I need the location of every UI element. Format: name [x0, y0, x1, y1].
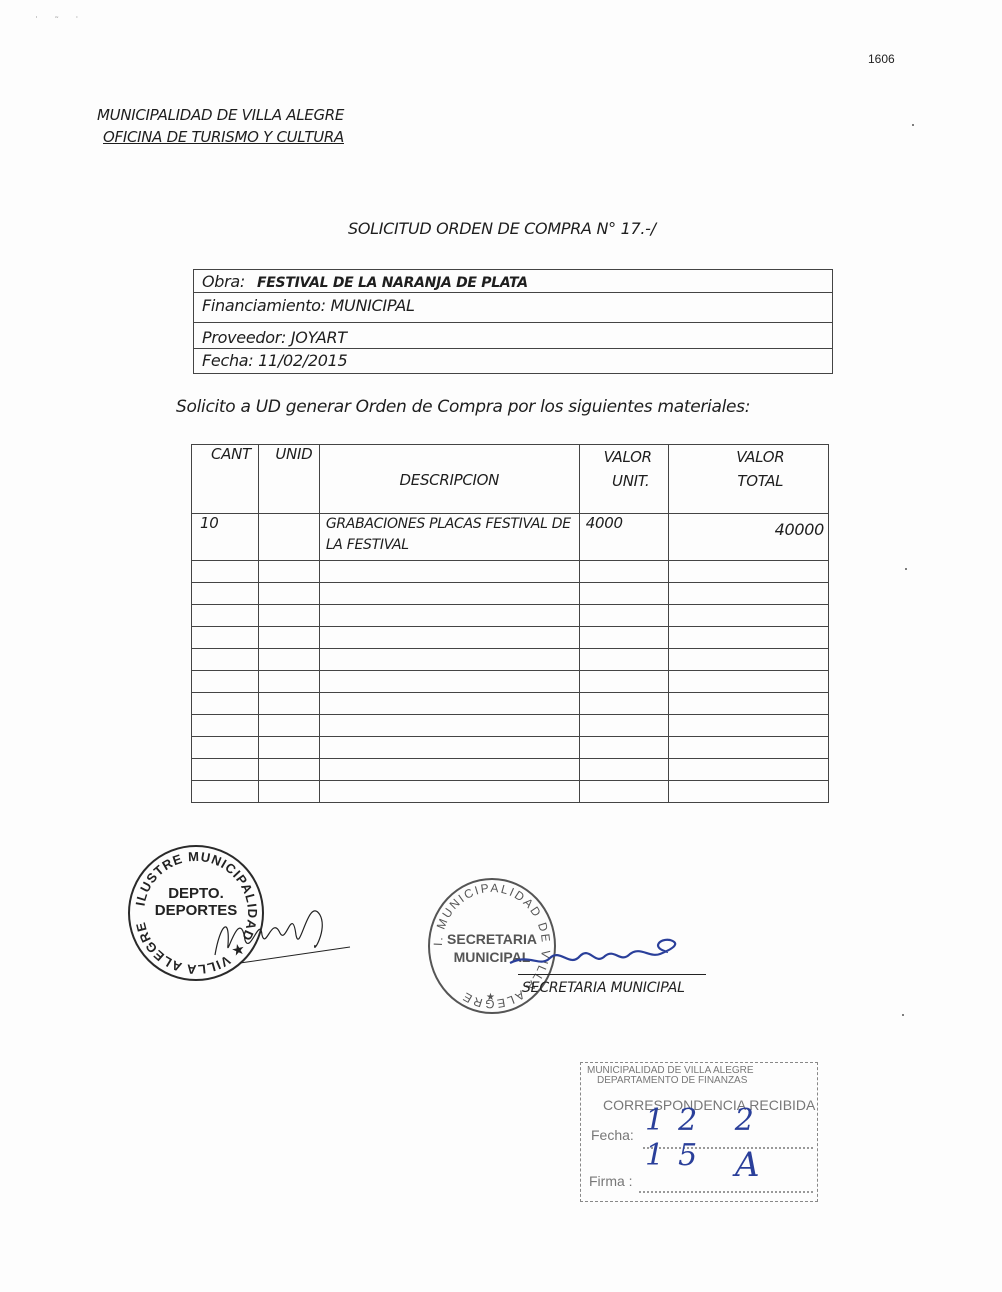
empty-cell	[258, 693, 319, 715]
recv-line2: DEPARTAMENTO DE FINANZAS	[597, 1075, 747, 1086]
organization-name: MUNICIPALIDAD DE VILLA ALEGRE	[97, 106, 344, 124]
empty-cell	[579, 583, 668, 605]
table-header-row: CANT UNID DESCRIPCION VALORUNIT. VALORTO…	[192, 445, 829, 514]
col-valor-unit: VALORUNIT.	[579, 445, 668, 514]
table-row	[192, 671, 829, 693]
empty-cell	[579, 671, 668, 693]
empty-cell	[668, 561, 828, 583]
received-stamp: MUNICIPALIDAD DE VILLA ALEGRE DEPARTAMEN…	[580, 1062, 818, 1202]
firma-dotted-line	[639, 1191, 813, 1193]
scan-artifacts: ˙ ˜ ˙	[34, 16, 85, 27]
empty-cell	[192, 759, 259, 781]
empty-cell	[258, 649, 319, 671]
col-cant: CANT	[192, 445, 259, 514]
cell-unid	[258, 514, 319, 561]
recv-fecha-label: Fecha:	[591, 1127, 634, 1143]
info-box: Obra:FESTIVAL DE LA NARANJA DE PLATA Fin…	[193, 269, 833, 374]
table-row	[192, 649, 829, 671]
info-proveedor: Proveedor: JOYART	[194, 323, 832, 349]
cell-valor-total: 40000	[668, 514, 828, 561]
obra-value: FESTIVAL DE LA NARANJA DE PLATA	[257, 275, 528, 291]
empty-cell	[668, 759, 828, 781]
table-row	[192, 627, 829, 649]
empty-cell	[319, 671, 579, 693]
empty-cell	[319, 605, 579, 627]
scan-speck	[902, 1014, 904, 1016]
signature-secretaria	[500, 928, 690, 978]
empty-cell	[668, 781, 828, 803]
cell-cant: 10	[192, 514, 259, 561]
empty-cell	[192, 583, 259, 605]
empty-cell	[579, 693, 668, 715]
empty-cell	[258, 605, 319, 627]
recv-firma-label: Firma :	[589, 1173, 633, 1189]
table-row	[192, 605, 829, 627]
empty-cell	[258, 781, 319, 803]
empty-cell	[258, 759, 319, 781]
scan-speck	[905, 568, 907, 570]
table-row	[192, 561, 829, 583]
empty-cell	[668, 605, 828, 627]
empty-cell	[668, 583, 828, 605]
empty-cell	[579, 605, 668, 627]
empty-cell	[319, 759, 579, 781]
info-obra: Obra:FESTIVAL DE LA NARANJA DE PLATA	[194, 270, 832, 293]
col-unid: UNID	[258, 445, 319, 514]
empty-cell	[192, 781, 259, 803]
empty-cell	[258, 715, 319, 737]
empty-cell	[319, 583, 579, 605]
empty-cell	[319, 561, 579, 583]
empty-cell	[192, 715, 259, 737]
empty-cell	[192, 693, 259, 715]
empty-cell	[258, 627, 319, 649]
empty-cell	[192, 671, 259, 693]
table-row	[192, 737, 829, 759]
secretaria-label: SECRETARIA MUNICIPAL	[522, 980, 685, 996]
empty-cell	[319, 693, 579, 715]
empty-cell	[192, 649, 259, 671]
empty-cell	[192, 561, 259, 583]
empty-cell	[319, 649, 579, 671]
empty-cell	[579, 737, 668, 759]
page-number: 1606	[868, 52, 895, 66]
empty-cell	[668, 693, 828, 715]
document-title: SOLICITUD ORDEN DE COMPRA N° 17.-/	[348, 219, 656, 238]
empty-cell	[258, 561, 319, 583]
empty-cell	[579, 781, 668, 803]
empty-cell	[668, 671, 828, 693]
empty-cell	[579, 759, 668, 781]
scan-speck	[912, 124, 914, 126]
empty-cell	[579, 649, 668, 671]
empty-cell	[258, 671, 319, 693]
signature-deportes	[200, 885, 360, 965]
signature-line	[518, 974, 706, 975]
col-descripcion: DESCRIPCION	[319, 445, 579, 514]
request-text: Solicito a UD generar Orden de Compra po…	[176, 397, 750, 417]
empty-cell	[579, 561, 668, 583]
table-row	[192, 693, 829, 715]
empty-cell	[192, 737, 259, 759]
table-row	[192, 715, 829, 737]
col-valor-total: VALORTOTAL	[668, 445, 828, 514]
empty-cell	[579, 715, 668, 737]
empty-cell	[668, 737, 828, 759]
empty-cell	[319, 737, 579, 759]
empty-cell	[579, 627, 668, 649]
obra-label: Obra:	[202, 272, 245, 291]
table-row	[192, 583, 829, 605]
table-row: 10 GRABACIONES PLACAS FESTIVAL DE LA FES…	[192, 514, 829, 561]
empty-cell	[258, 583, 319, 605]
cell-valor-unit: 4000	[579, 514, 668, 561]
empty-cell	[192, 627, 259, 649]
recv-firma-handwritten: A	[735, 1145, 760, 1185]
empty-cell	[668, 627, 828, 649]
empty-cell	[668, 715, 828, 737]
table-row	[192, 759, 829, 781]
info-fecha: Fecha: 11/02/2015	[194, 349, 832, 373]
cell-descripcion: GRABACIONES PLACAS FESTIVAL DE LA FESTIV…	[319, 514, 579, 561]
empty-cell	[319, 627, 579, 649]
info-financiamiento: Financiamiento: MUNICIPAL	[194, 293, 832, 323]
empty-cell	[258, 737, 319, 759]
office-name: OFICINA DE TURISMO Y CULTURA	[103, 128, 344, 146]
empty-cell	[668, 649, 828, 671]
items-table: CANT UNID DESCRIPCION VALORUNIT. VALORTO…	[191, 444, 829, 803]
table-row	[192, 781, 829, 803]
empty-cell	[319, 781, 579, 803]
empty-cell	[192, 605, 259, 627]
empty-cell	[319, 715, 579, 737]
recv-fecha-handwritten: 12 2 15	[645, 1103, 817, 1173]
